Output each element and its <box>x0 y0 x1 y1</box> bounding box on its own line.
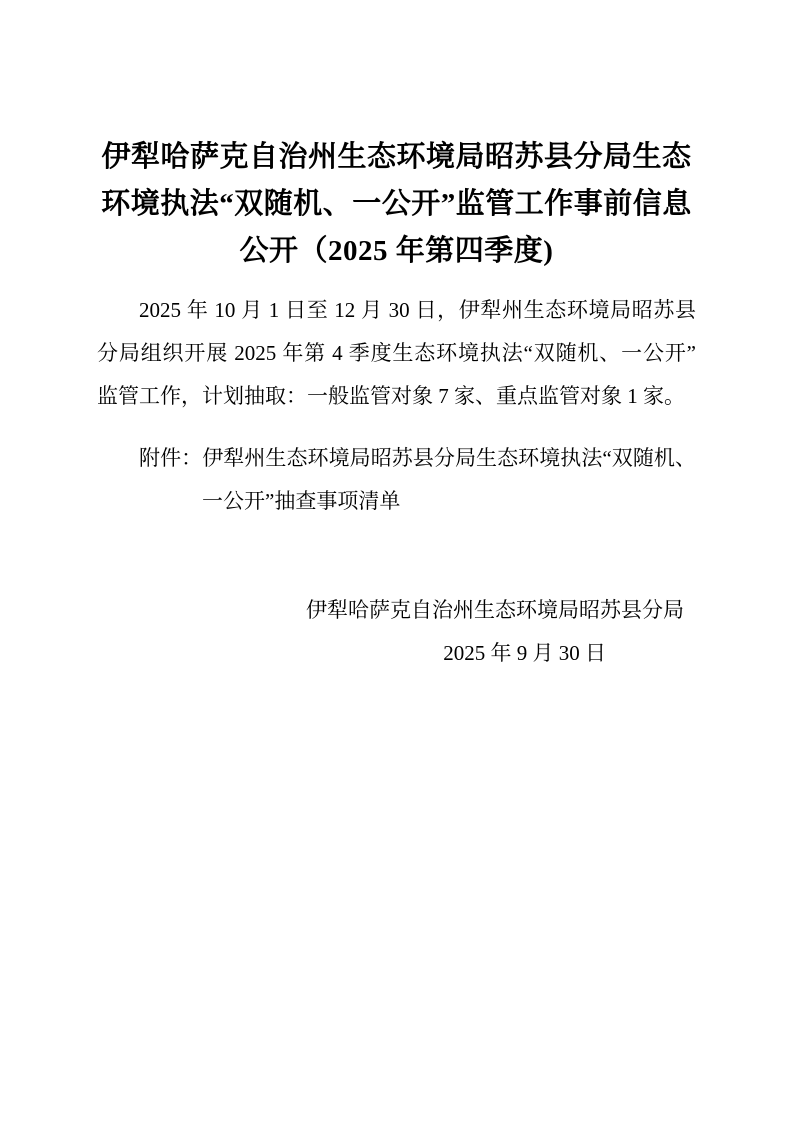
body-paragraph: 2025 年 10 月 1 日至 12 月 30 日，伊犁州生态环境局昭苏县 分… <box>97 289 696 418</box>
body-line-2: 分局组织开展 2025 年第 4 季度生态环境执法“双随机、一公开” <box>97 332 696 375</box>
document-title: 伊犁哈萨克自治州生态环境局昭苏县分局生态 环境执法“双随机、一公开”监管工作事前… <box>97 0 696 275</box>
title-line-2: 环境执法“双随机、一公开”监管工作事前信息 <box>97 181 696 228</box>
attachment-note: 附件：伊犁州生态环境局昭苏县分局生态环境执法“双随机、 一公开”抽查事项清单 <box>97 437 696 523</box>
title-line-1: 伊犁哈萨克自治州生态环境局昭苏县分局生态 <box>97 134 696 181</box>
signature-organization: 伊犁哈萨克自治州生态环境局昭苏县分局 <box>97 589 696 632</box>
body-line-1: 2025 年 10 月 1 日至 12 月 30 日，伊犁州生态环境局昭苏县 <box>97 289 696 332</box>
signature-date: 2025 年 9 月 30 日 <box>97 632 696 675</box>
title-line-3: 公开（2025 年第四季度) <box>97 228 696 275</box>
document-page: 伊犁哈萨克自治州生态环境局昭苏县分局生态 环境执法“双随机、一公开”监管工作事前… <box>0 0 793 1122</box>
signature-block: 伊犁哈萨克自治州生态环境局昭苏县分局 2025 年 9 月 30 日 <box>97 589 696 675</box>
attachment-line-2: 一公开”抽查事项清单 <box>97 480 696 523</box>
body-line-3: 监管工作，计划抽取：一般监管对象 7 家、重点监管对象 1 家。 <box>97 375 696 418</box>
attachment-line-1: 附件：伊犁州生态环境局昭苏县分局生态环境执法“双随机、 <box>97 437 696 480</box>
